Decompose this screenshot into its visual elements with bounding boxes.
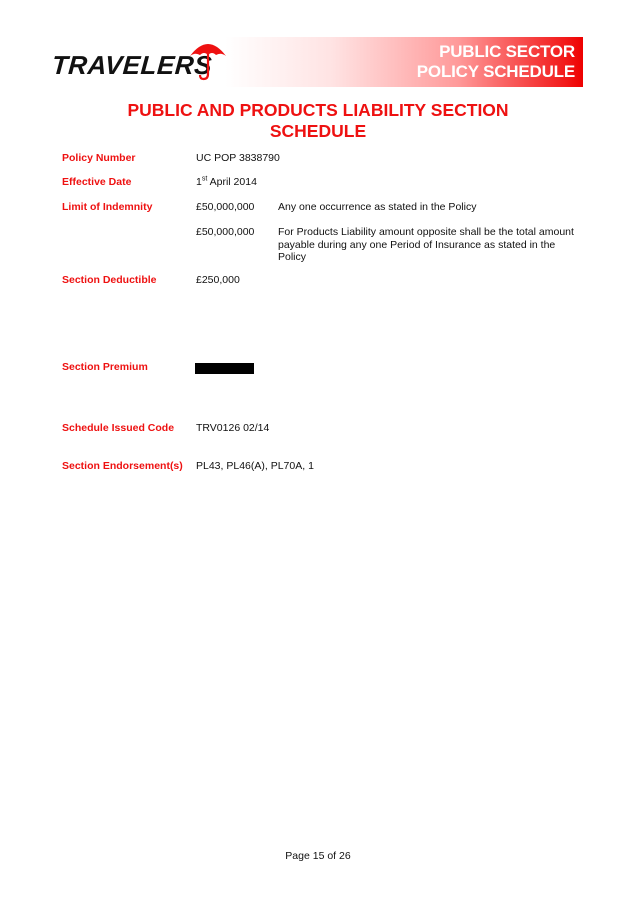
policy-number-label: Policy Number [62,152,136,165]
redaction-bar [195,363,254,374]
section-title: PUBLIC AND PRODUCTS LIABILITY SECTION SC… [0,100,636,142]
section-deductible-value: £250,000 [196,274,240,287]
section-title-line2: SCHEDULE [0,121,636,142]
umbrella-icon [188,38,228,82]
schedule-issued-code-label: Schedule Issued Code [62,422,174,435]
section-deductible-label: Section Deductible [62,274,157,287]
effective-date-label: Effective Date [62,176,131,189]
effective-date-value: 1st April 2014 [196,176,257,189]
header-title-line2: POLICY SCHEDULE [417,62,575,82]
section-premium-label: Section Premium [62,361,148,374]
limit-description-1: Any one occurrence as stated in the Poli… [278,201,578,214]
section-title-line1: PUBLIC AND PRODUCTS LIABILITY SECTION [0,100,636,121]
page-number: Page 15 of 26 [0,850,636,862]
policy-number-value: UC POP 3838790 [196,152,280,165]
header-title-line1: PUBLIC SECTOR [417,42,575,62]
limit-amount-1: £50,000,000 [196,201,254,214]
limit-of-indemnity-label: Limit of Indemnity [62,201,152,214]
limit-amount-2: £50,000,000 [196,226,254,239]
limit-description-2: For Products Liability amount opposite s… [278,226,578,264]
schedule-issued-code-value: TRV0126 02/14 [196,422,269,435]
header-title: PUBLIC SECTOR POLICY SCHEDULE [417,42,575,82]
section-endorsements-label: Section Endorsement(s) [62,460,183,473]
section-endorsements-value: PL43, PL46(A), PL70A, 1 [196,460,314,473]
travelers-logo: TRAVELERS [52,38,232,82]
